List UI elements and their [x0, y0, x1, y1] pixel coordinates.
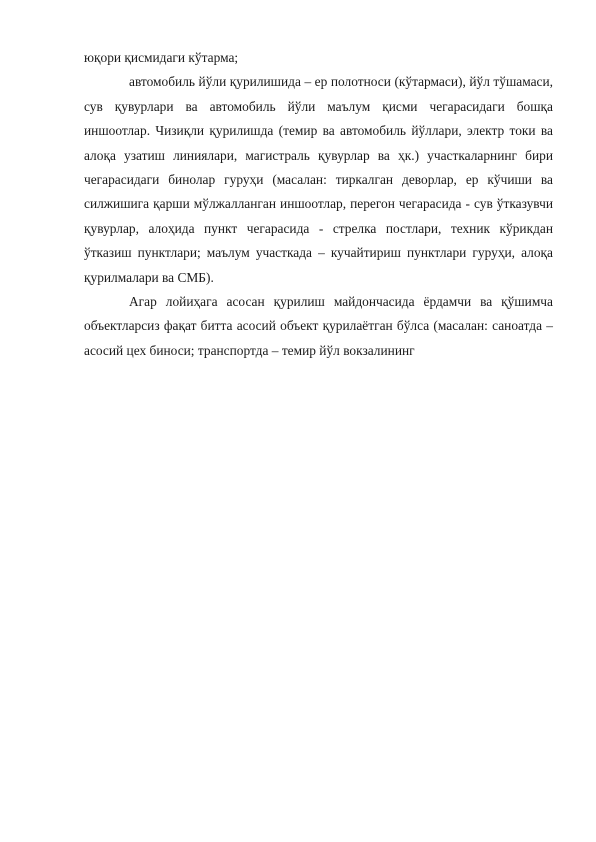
- paragraph-continuation: юқори қисмидаги кўтарма;: [84, 46, 553, 70]
- paragraph-single-object: Агар лойиҳага асосан қурилиш майдончасид…: [84, 290, 553, 363]
- document-body: юқори қисмидаги кўтарма; автомобиль йўли…: [84, 46, 553, 363]
- document-page: юқори қисмидаги кўтарма; автомобиль йўли…: [0, 0, 596, 842]
- paragraph-road-construction: автомобиль йўли қурилишида – ер полотнос…: [84, 70, 553, 290]
